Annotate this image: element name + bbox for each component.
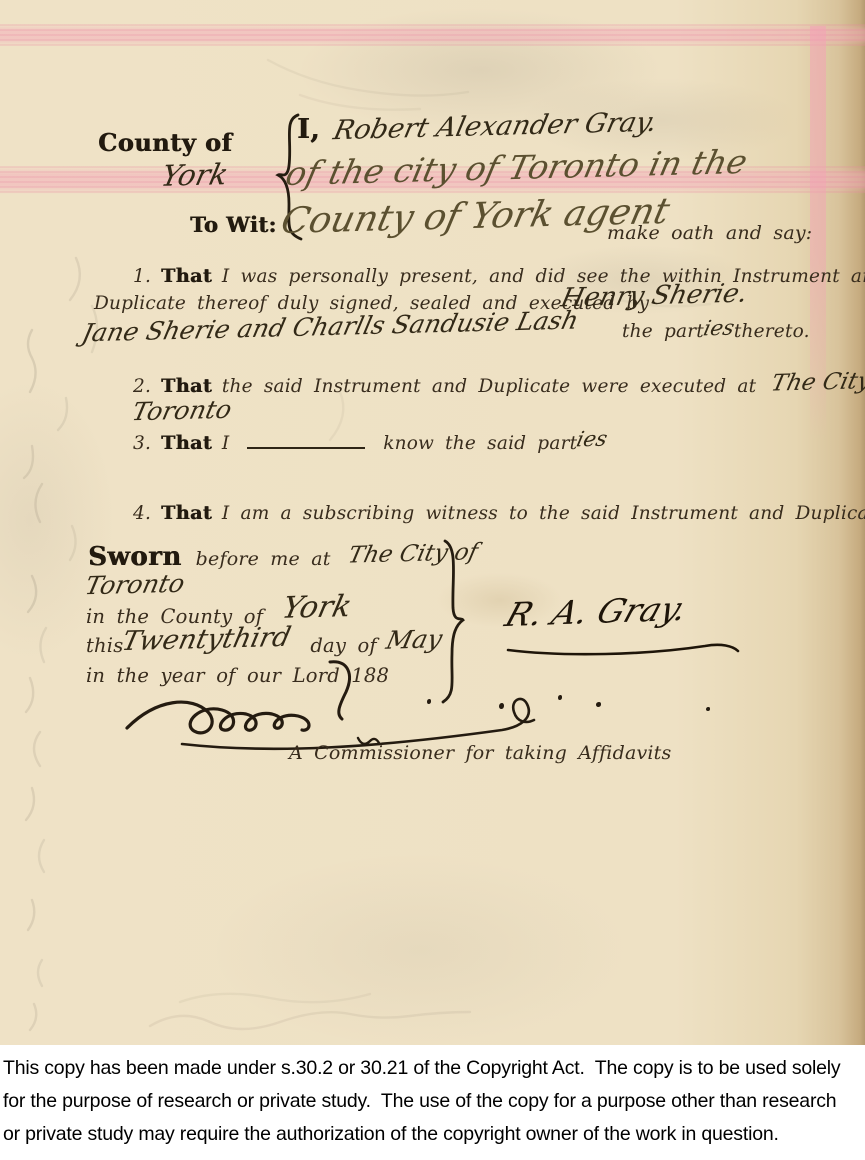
clause1-that: That — [161, 265, 212, 287]
ink-dot — [427, 699, 431, 704]
clause2-fill-place2-handwritten: Toronto — [129, 395, 234, 427]
clause2-number: 2. — [133, 376, 151, 397]
ink-dot — [499, 703, 504, 709]
copyright-line-1: This copy has been made under s.30.2 or … — [3, 1052, 865, 1085]
clause3-number: 3. — [133, 433, 151, 454]
deponent-signature: R. A. Gray. — [501, 589, 693, 634]
deponent-signature-flourish — [505, 640, 743, 660]
scanned-affidavit-page: County of York To Wit: I, Robert Alexand… — [0, 0, 865, 1160]
clause1-the-part: the part — [622, 321, 704, 342]
clause3-text: know the said part — [383, 433, 577, 454]
clause2-fill-place1-handwritten: The City of — [769, 367, 865, 396]
oath-phrase: make oath and say: — [607, 222, 812, 244]
copyright-notice: This copy has been made under s.30.2 or … — [0, 1045, 865, 1160]
county-of-label: County of — [98, 128, 232, 157]
ink-dot — [706, 707, 710, 711]
clause1-ies-handwritten: ies — [701, 316, 736, 341]
jurat-day-handwritten: Twentythird — [119, 622, 294, 657]
clause4-text: I am a subscribing witness to the said I… — [222, 503, 865, 524]
county-value-handwritten: York — [158, 157, 232, 193]
ink-dot — [596, 702, 601, 707]
clause2-that: That — [161, 375, 212, 397]
before-me-at: before me at — [196, 548, 331, 570]
commissioner-caption: A Commissioner for taking Affidavits — [289, 742, 671, 764]
day-of-label: day of — [310, 634, 376, 657]
clause4-number: 4. — [133, 503, 151, 524]
clause3-i: I — [222, 433, 230, 454]
this-label: this — [86, 634, 123, 657]
sworn-label: Sworn — [88, 542, 182, 572]
ink-dot — [558, 695, 562, 700]
jurat-county-handwritten: York — [279, 589, 355, 626]
clause2-text: the said Instrument and Duplicate were e… — [222, 376, 756, 397]
clause3-ies-handwritten: ies — [574, 427, 609, 452]
clause1-thereto: thereto. — [734, 321, 810, 342]
clause3-blank-rule — [247, 434, 365, 449]
i-label: I, — [297, 114, 320, 145]
clause4-that: That — [161, 502, 212, 524]
clause1-number: 1. — [133, 266, 151, 287]
copyright-line-2: for the purpose of research or private s… — [3, 1085, 865, 1118]
clause1-text-line1: I was personally present, and did see th… — [222, 266, 865, 287]
copyright-line-3: or private study may require the authori… — [3, 1118, 865, 1151]
clause3-that: That — [161, 432, 212, 454]
clause1-fill-name1-handwritten: Henry Sherie. — [558, 279, 750, 314]
